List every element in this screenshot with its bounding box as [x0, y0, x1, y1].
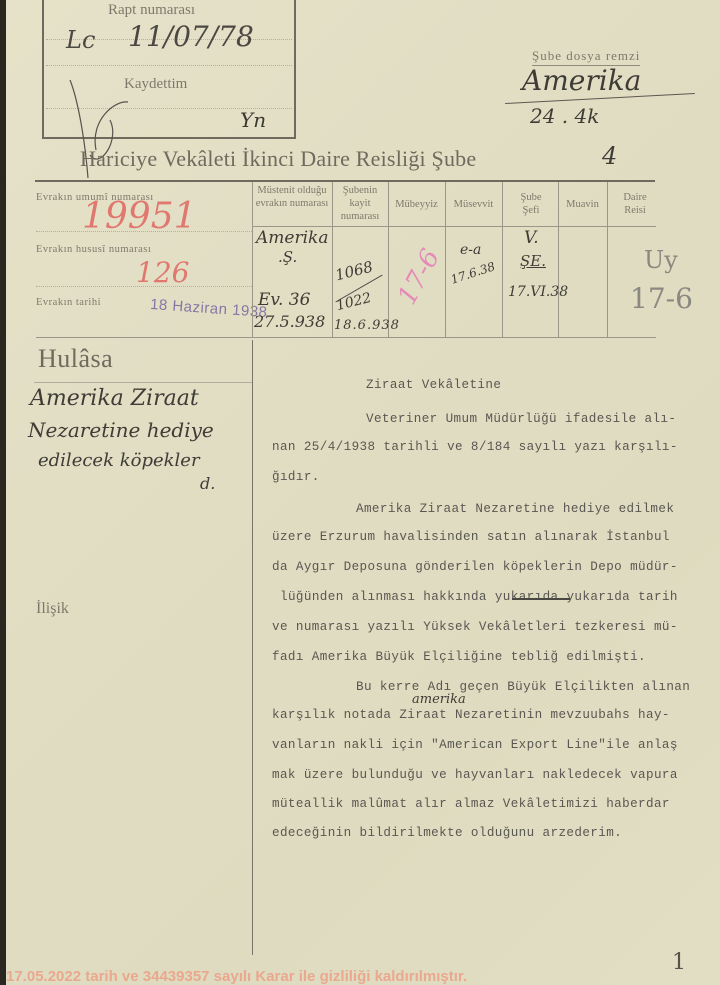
header-rule	[35, 180, 655, 182]
cell-sube-kayit-bottom: 1022	[335, 290, 373, 314]
col-header-muavin: Muavin	[558, 198, 607, 211]
initials-handwritten: Yn	[240, 108, 266, 132]
ilisik-label: İlişik	[36, 600, 69, 618]
cell-mubeyyiz: 17-6	[392, 244, 446, 310]
letter-line: müteallik malûmat alır almaz Vekâletimiz…	[272, 797, 670, 811]
table-header-rule	[252, 226, 656, 227]
cell-daire-reisi-2: 17-6	[630, 282, 693, 315]
letter-line: vanların nakli için "American Export Lin…	[272, 738, 678, 752]
sube-dosya-sub-handwritten: 24 . 4k	[530, 104, 599, 128]
strikethrough-mark	[512, 598, 570, 600]
hulasa-label: Hulâsa	[38, 344, 113, 374]
cell-sube-sefi-2: ŞE.	[520, 252, 546, 270]
letter-insertion-handwritten: amerika	[412, 692, 466, 707]
letter-line: mak üzere bulunduğu ve hayvanları nakled…	[272, 768, 678, 782]
cell-sube-kayit-date: 18.6.938	[334, 318, 400, 333]
page-number-handwritten: 1	[672, 950, 686, 975]
col-header-daire-reisi: Daire Reisi	[618, 191, 652, 217]
evrak-tarih-label: Evrakın tarihi	[36, 297, 101, 308]
hulasa-rule	[34, 382, 252, 383]
letter-addressee: Ziraat Vekâletine	[366, 378, 501, 392]
cell-mustenit-1: Amerika	[256, 228, 328, 248]
page-title: Hariciye Vekâleti İkinci Daire Reisliği …	[80, 146, 476, 172]
cell-daire-reisi-1: Uy	[644, 246, 678, 274]
letter-line: fadı Amerika Büyük Elçiliğine tebliğ edi…	[272, 650, 646, 664]
table-vline	[607, 182, 608, 337]
cell-sube-sefi-3: 17.VI.38	[508, 284, 568, 300]
col-header-mubeyyiz: Mübeyyiz	[388, 198, 445, 211]
rapt-prefix-handwritten: Lc	[66, 26, 95, 54]
cell-mustenit-4: 27.5.938	[254, 312, 325, 331]
evrak-hususi-value: 126	[136, 256, 189, 289]
hulasa-mark: d.	[200, 474, 215, 493]
document-page: Rapt numarası Lc 11/07/78 Kaydettim Yn Ş…	[0, 0, 720, 985]
sube-number-handwritten: 4	[602, 142, 617, 170]
letter-line: Bu kerre Adı geçen Büyük Elçilikten alın…	[356, 680, 690, 694]
evrak-hususi-label: Evrakın hususî numarası	[36, 244, 151, 255]
table-bottom-rule	[36, 337, 656, 338]
table-vline	[502, 182, 503, 337]
hulasa-line-2: Nezaretine hediye	[28, 418, 214, 442]
evrak-tarih-stamp: 18 Haziran 1938	[150, 296, 268, 321]
letter-line: üzere Erzurum havalisinden satın alınara…	[272, 530, 670, 544]
cell-sube-kayit-top: 1068	[333, 258, 374, 285]
rapt-label: Rapt numarası	[108, 2, 195, 19]
hulasa-line-1: Amerika Ziraat	[30, 386, 199, 411]
dotted-line	[36, 231, 252, 232]
cell-mustenit-2: .Ş.	[278, 248, 297, 266]
hulasa-line-3: edilecek köpekler	[38, 450, 200, 471]
letter-line: edeceğinin bildirilmekte olduğunu arzede…	[272, 826, 622, 840]
col-header-mustenit: Müstenit olduğu evrakın numarası	[252, 184, 332, 210]
letter-line: da Aygır Deposuna gönderilen köpeklerin …	[272, 560, 678, 574]
declassification-watermark: 17.05.2022 tarih ve 34439357 sayılı Kara…	[6, 968, 467, 985]
letter-line: lüğünden alınması hakkında yukarıda yuka…	[280, 590, 678, 604]
letter-line: ve numarası yazılı Yüksek Vekâletleri te…	[272, 620, 678, 634]
col-header-sube-sefi: Şube Şefi	[514, 191, 548, 217]
col-header-sube-kayit: Şubenin kayit numarası	[332, 184, 388, 223]
letter-line: ğıdır.	[272, 470, 320, 484]
letter-line: nan 25/4/1938 tarihli ve 8/184 sayılı ya…	[272, 440, 678, 454]
letter-line: karşılık notada Ziraat Nezaretinin mevzu…	[272, 708, 670, 722]
cell-musevvit-2: 17.6.38	[449, 259, 497, 286]
dotted-line	[36, 286, 252, 287]
cell-mustenit-3: Ev. 36	[258, 290, 310, 310]
scan-edge	[0, 0, 6, 985]
cell-musevvit-1: e-a	[460, 242, 481, 258]
letter-line: Veteriner Umum Müdürlüğü ifadesile alı-	[366, 412, 676, 426]
col-header-musevvit: Müsevvit	[445, 198, 502, 211]
sube-dosya-value-handwritten: Amerika	[522, 64, 641, 97]
letter-line: Amerika Ziraat Nezaretine hediye edilmek	[356, 502, 674, 516]
body-divider	[252, 340, 253, 955]
rapt-number-handwritten: 11/07/78	[128, 20, 254, 53]
cell-sube-sefi-1: V.	[524, 228, 539, 248]
